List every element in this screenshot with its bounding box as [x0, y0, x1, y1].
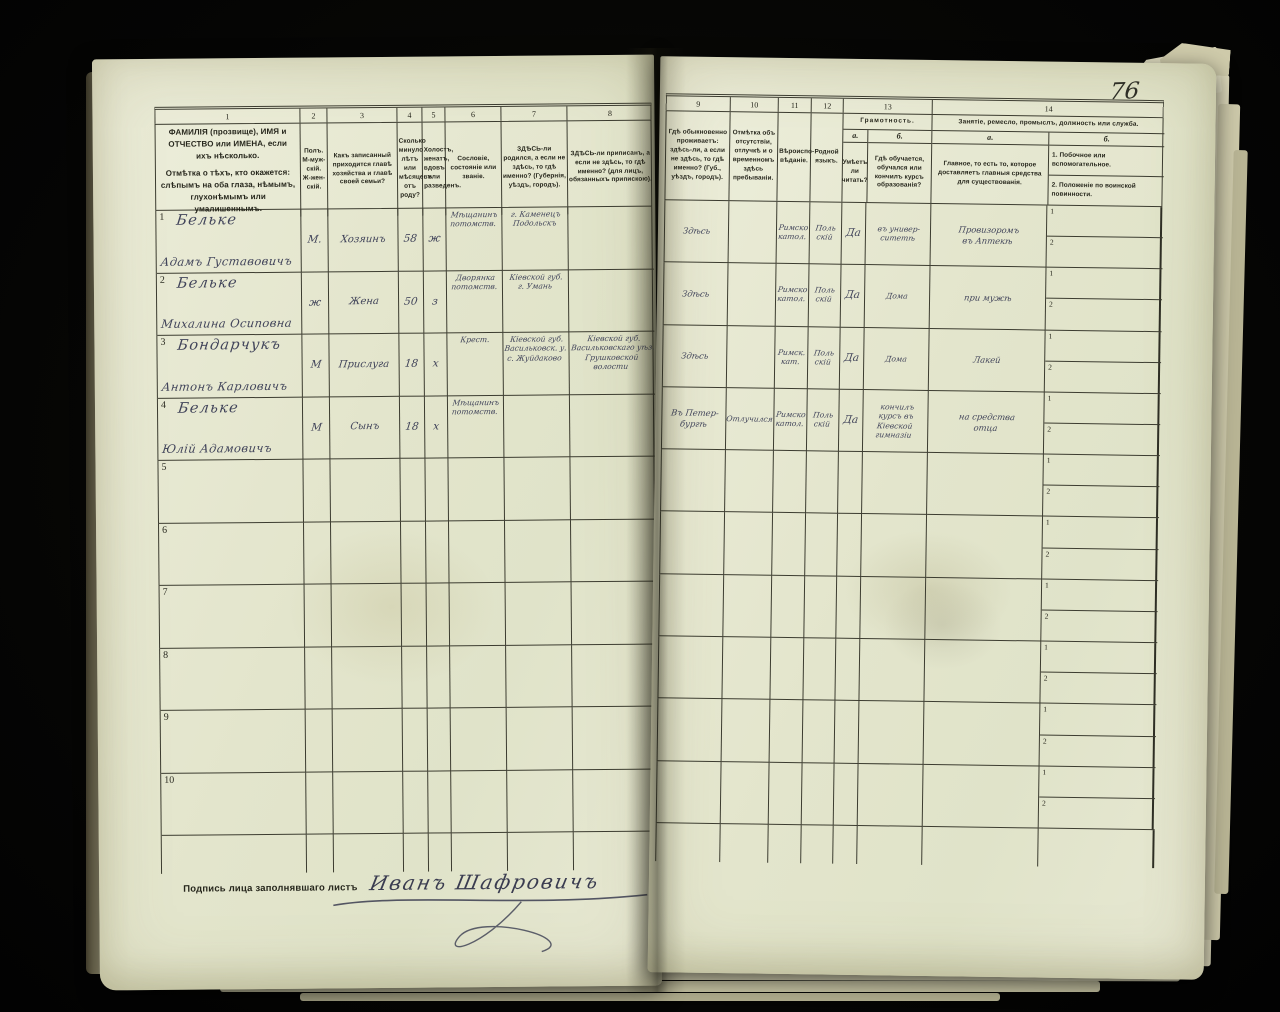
cell-sex: М	[302, 334, 330, 397]
row-number: 9	[164, 712, 169, 723]
column-header-registration: ЗДѢСЬ-ли приписанъ, а если не здѣсь, то …	[568, 121, 654, 215]
occupation-main-header: Главное, то есть то, которое доставляетъ…	[931, 144, 1048, 205]
subrow-2: 2	[1041, 610, 1157, 642]
table-row-8: 8	[159, 644, 657, 711]
cell-sex: ж	[302, 272, 330, 335]
column-line-stub	[334, 834, 404, 873]
cell-residence	[660, 512, 725, 575]
column-number: 12	[812, 98, 844, 112]
cell-age	[403, 709, 429, 772]
subrow-number: 2	[1045, 549, 1049, 558]
subcolumn-letter: б.	[868, 130, 931, 144]
cell-side: 12	[1043, 455, 1160, 519]
cell-marital	[426, 521, 450, 584]
table-row-5: 12	[660, 449, 1159, 518]
subrow-1: 1	[1044, 392, 1160, 425]
subrow-number: 1	[1047, 456, 1051, 465]
cell-main	[924, 640, 1041, 704]
cell-religion	[773, 451, 807, 514]
column-line-stub	[768, 825, 802, 863]
row-number: 2	[160, 274, 165, 285]
cell-birth	[507, 770, 574, 833]
table-row-6: 6	[158, 519, 656, 586]
cell-absence	[728, 263, 777, 326]
subrow-number: 2	[1043, 736, 1047, 745]
cell-value-handwriting: Дома	[885, 354, 908, 364]
cell-read	[835, 701, 860, 764]
page-stack-bottom	[300, 993, 1000, 1001]
cell-value-handwriting: Отлучился	[726, 414, 774, 424]
cell-side: 12	[1044, 392, 1161, 456]
cell-read: Да	[841, 265, 866, 328]
subrow-number: 1	[1049, 269, 1053, 278]
cell-value-handwriting: Да	[843, 351, 860, 364]
literacy-school-header: Гдѣ обучается, обучался или кончилъ курс…	[867, 143, 931, 203]
cell-estate	[449, 520, 506, 583]
subrow-number: 2	[1047, 425, 1051, 434]
cell-age	[402, 584, 428, 647]
column-header-marital: Холостъ, женатъ, вдовъ или разведенъ.	[423, 122, 447, 215]
cell-value-handwriting: Мѣщанинъ потомств.	[451, 397, 500, 416]
surname-handwriting: Бельке	[177, 400, 240, 417]
cell-sex: М	[303, 397, 331, 460]
subrow-number: 2	[1046, 487, 1050, 496]
surname-handwriting: Бондарчукъ	[177, 337, 283, 354]
cell-value-handwriting: Крест.	[460, 335, 490, 345]
cell-estate: Дворянка потомств.	[447, 270, 504, 333]
column-line-stub	[857, 826, 923, 865]
cell-language	[803, 701, 836, 764]
table-body-right: ЗдѣсьРимско катол.Поль скійДавъ универ- …	[656, 200, 1163, 830]
cell-reg	[572, 644, 658, 707]
cell-value-handwriting: 18	[405, 420, 420, 433]
cell-value-handwriting: Поль скій	[813, 286, 836, 305]
cell-absence	[727, 326, 776, 389]
cell-marital: х	[424, 333, 448, 396]
cell-birth: г. Каменецъ Подольскъ	[502, 207, 569, 270]
cell-residence	[658, 636, 723, 699]
column-number: 1	[155, 109, 300, 124]
subrow-1: 1	[1040, 704, 1156, 737]
cell-value-handwriting: Провизоромъ въ Аптекѣ	[957, 224, 1020, 246]
cell-school: въ универ- ситетѣ	[866, 203, 932, 266]
cell-language	[802, 763, 835, 826]
cell-c1: 1БелькеАдамъ Густавовичъ	[156, 210, 302, 274]
cell-value-handwriting: Лакей	[972, 355, 1001, 366]
census-table-left: 1 2 3 4 5 6 7 8 ФАМИЛІЯ (прозвище), ИМЯ …	[154, 103, 658, 874]
cell-age: 50	[399, 271, 425, 334]
table-row-7: 12	[658, 574, 1157, 643]
signature-flourish	[331, 877, 662, 960]
cell-age	[401, 521, 427, 584]
cell-main	[927, 453, 1044, 517]
cell-value-handwriting: х	[432, 420, 439, 433]
column-header-residence: Гдѣ обыкновенно проживаетъ: здѣсь-ли, а …	[665, 111, 730, 200]
column-header-absence: Отмѣтка объ отсутствіи, отлучкѣ и о врем…	[729, 112, 778, 201]
column-line-stub	[801, 825, 834, 863]
column-header-sex: Полъ. М-муж-скій. Ж-жен-скій.	[301, 123, 329, 216]
cell-estate	[450, 583, 507, 646]
cell-birth	[504, 457, 571, 520]
cell-reg: Кіевской губ. Васильковскаго уѣз. Грушко…	[569, 332, 655, 395]
table-row-1: 1БелькеАдамъ ГуставовичъМ.Хозяинъ58жМѣща…	[155, 207, 653, 274]
subrow-number: 1	[1042, 767, 1046, 776]
column-number: 5	[422, 107, 445, 121]
cell-residence	[657, 761, 722, 824]
column-header-age: Сколько минуло лѣтъ или мѣсяцевъ отъ род…	[398, 123, 424, 216]
cell-reg	[570, 394, 656, 457]
column-line-stub	[429, 833, 452, 871]
table-row-8: 12	[657, 636, 1156, 705]
cell-reg	[568, 207, 654, 270]
cell-birth: Кіевской губ. Васильковск. у. с. Жуйдако…	[503, 332, 570, 395]
cell-read: Да	[840, 327, 865, 390]
cell-birth	[504, 395, 571, 458]
cell-c1: 6	[159, 522, 305, 586]
row-number: 4	[161, 399, 166, 410]
row-number: 8	[163, 649, 168, 660]
cell-main: при мужѣ	[930, 266, 1047, 330]
table-row-2: 2БелькеМихалина ОсиповнажЖена50зДворянка…	[156, 269, 654, 336]
cell-religion: Римско катол.	[774, 389, 808, 452]
cell-value-handwriting: г. Каменецъ Подольскъ	[509, 209, 561, 228]
cell-value-handwriting: Дома	[886, 292, 909, 302]
cell-main	[925, 578, 1042, 642]
cell-value-handwriting: Дворянка потомств.	[450, 272, 498, 291]
cell-value-handwriting: Сынъ	[349, 421, 379, 434]
cell-c1: 8	[160, 647, 306, 711]
column-header-birthplace: ЗДѢСЬ-ли родился, а если не здѣсь, то гд…	[502, 121, 569, 215]
cell-value-handwriting: ж	[308, 296, 321, 309]
cell-age: 18	[399, 334, 425, 397]
cell-main	[926, 515, 1043, 579]
subrow-1: 1	[1041, 642, 1157, 675]
military-status-header: 2. Положеніе по воинской повинности.	[1048, 176, 1163, 207]
cell-religion	[770, 638, 804, 701]
cell-absence	[721, 762, 770, 825]
column-line-stub	[833, 826, 858, 864]
subrow-number: 1	[1044, 643, 1048, 652]
cell-value-handwriting: на средства отца	[956, 411, 1015, 433]
table-row-10: 12	[656, 761, 1155, 830]
cell-relation: Жена	[329, 271, 400, 334]
row-number: 1	[159, 212, 164, 223]
cell-absence	[723, 575, 772, 638]
subrow-2: 2	[1040, 735, 1156, 767]
cell-value-handwriting: Кіевской губ. г. Умань	[508, 272, 563, 291]
column-line-stubs	[655, 823, 1153, 868]
subrow-number: 2	[1049, 300, 1053, 309]
given-name-handwriting: Антонъ Карловичъ	[161, 378, 288, 393]
table-body-left: 1БелькеАдамъ ГуставовичъМ.Хозяинъ58жМѣща…	[155, 207, 657, 836]
cell-value-handwriting: Римско катол.	[777, 223, 809, 242]
cell-birth	[505, 520, 572, 583]
cell-c1: 9	[161, 710, 307, 774]
cell-value-handwriting: з	[431, 295, 438, 308]
header-row-left: ФАМИЛІЯ (прозвище), ИМЯ и ОТЧЕСТВО или И…	[155, 120, 653, 211]
cell-side: 12	[1045, 330, 1162, 394]
column-line-stub	[307, 834, 334, 872]
cell-value-handwriting: М.	[307, 234, 323, 247]
cell-read: Да	[842, 203, 867, 266]
cell-value-handwriting: Кіевской губ. Васильковск. у. с. Жуйдако…	[503, 334, 568, 363]
literacy-read-header: Умѣетъ ли читать?	[842, 143, 867, 202]
cell-estate: Мѣщанинъ потомств.	[446, 208, 503, 271]
cell-main: на средства отца	[928, 391, 1045, 455]
subrow-1: 1	[1047, 206, 1163, 239]
column-header-name: ФАМИЛІЯ (прозвище), ИМЯ и ОТЧЕСТВО или И…	[156, 124, 302, 218]
cell-c1: 5	[158, 460, 304, 524]
cell-absence	[724, 513, 773, 576]
cell-relation: Прислуга	[329, 334, 400, 397]
cell-absence	[729, 201, 778, 264]
cell-sex	[304, 522, 332, 585]
cell-age	[402, 646, 428, 709]
cell-estate	[451, 770, 508, 833]
column-header-literacy: Грамотность. а. Умѣетъ ли читать? б. Гдѣ…	[842, 114, 932, 203]
table-row-5: 5	[157, 457, 655, 524]
cell-estate	[448, 458, 505, 521]
given-name-handwriting: Адамъ Густавовичъ	[160, 253, 293, 268]
cell-sex	[306, 709, 334, 772]
subrow-2: 2	[1040, 673, 1156, 705]
cell-side: 12	[1042, 517, 1159, 581]
subrow-number: 1	[1048, 393, 1052, 402]
subrow-number: 1	[1045, 580, 1049, 589]
cell-side: 12	[1039, 766, 1156, 830]
table-row-4: Въ Петер- бургѣОтлучилсяРимско катол.Пол…	[661, 387, 1160, 456]
cell-school	[859, 639, 925, 702]
cell-value-handwriting: х	[432, 358, 439, 371]
cell-read	[838, 452, 863, 515]
cell-reg	[571, 519, 657, 582]
cell-residence	[658, 699, 723, 762]
cell-language	[803, 638, 836, 701]
row-number: 3	[160, 337, 165, 348]
table-row-9: 12	[657, 699, 1156, 768]
cell-reg	[573, 769, 659, 832]
occupation-side-header: 1. Побочное или вспомогательное.	[1049, 146, 1164, 178]
column-number: 9	[667, 96, 731, 111]
cell-age	[400, 459, 426, 522]
cell-value-handwriting: Да	[843, 414, 860, 427]
cell-religion: Римско катол.	[776, 264, 810, 327]
cell-estate: Крест.	[447, 333, 504, 396]
cell-marital	[427, 583, 451, 646]
subrow-2: 2	[1045, 361, 1161, 393]
cell-school	[858, 764, 924, 827]
cell-language	[805, 514, 838, 577]
cell-read	[834, 763, 859, 826]
cell-relation	[331, 521, 402, 584]
literacy-group-title: Грамотность.	[843, 114, 931, 131]
cell-marital	[427, 646, 451, 709]
subrow-1: 1	[1046, 268, 1162, 301]
column-number: 13	[844, 99, 933, 114]
row-number: 6	[162, 524, 167, 535]
column-number: 4	[397, 108, 422, 122]
column-number: 2	[300, 108, 327, 122]
row-number: 7	[163, 587, 168, 598]
cell-marital	[428, 771, 452, 834]
cell-sex	[305, 647, 333, 710]
column-header-occupation: Занятіе, ремесло, промыслъ, должность ил…	[931, 115, 1164, 206]
subrow-1: 1	[1045, 330, 1161, 363]
census-page-left: 1 2 3 4 5 6 7 8 ФАМИЛІЯ (прозвище), ИМЯ …	[92, 55, 662, 991]
cell-religion	[770, 700, 804, 763]
cell-marital: ж	[423, 208, 447, 271]
cell-c1: 3БондарчукъАнтонъ Карловичъ	[157, 335, 303, 399]
cell-value-handwriting: Поль скій	[814, 224, 837, 243]
cell-absence	[722, 699, 771, 762]
subrow-1: 1	[1042, 579, 1158, 612]
cell-value-handwriting: Прислуга	[338, 358, 390, 371]
column-line-stub	[574, 832, 659, 871]
cell-religion: Римско катол.	[777, 202, 811, 265]
cell-read	[836, 576, 861, 639]
cell-value-handwriting: Жена	[348, 296, 379, 309]
cell-value-handwriting: кончилъ курсъ въ Кіевской гимназіи	[863, 402, 929, 441]
cell-sex: М.	[301, 209, 329, 272]
cell-side: 12	[1046, 268, 1163, 332]
cell-side: 12	[1040, 642, 1157, 706]
column-line-stub	[404, 834, 429, 872]
cell-sex	[306, 772, 334, 835]
given-name-handwriting: Юлій Адамовичъ	[162, 441, 273, 456]
cell-residence: Здѣсь	[664, 263, 729, 326]
column-line-stubs	[161, 832, 658, 874]
cell-school	[862, 452, 928, 515]
row-number: 10	[164, 774, 174, 785]
header-text: Отмѣтка о тѣхъ, кто окажется: слѣпымъ на…	[160, 167, 296, 216]
cell-marital	[428, 708, 452, 771]
cell-reg	[569, 269, 655, 332]
column-number: 10	[731, 97, 779, 112]
cell-residence: Въ Петер- бургѣ	[662, 387, 727, 450]
cell-language: Поль скій	[809, 265, 842, 328]
cell-value-handwriting: Кіевской губ. Васильковскаго уѣз. Грушко…	[569, 334, 655, 373]
cell-birth: Кіевской губ. г. Умань	[503, 270, 570, 333]
cell-language: Поль скій	[808, 327, 841, 390]
subrow-number: 2	[1048, 362, 1052, 371]
cell-sex	[303, 459, 331, 522]
column-header-relation: Какъ записанный приходится главѣ хозяйст…	[328, 123, 399, 217]
table-row-10: 10	[160, 769, 658, 836]
cell-value-handwriting: Здѣсь	[680, 350, 709, 361]
cell-age: 18	[400, 396, 426, 459]
cell-value-handwriting: 58	[403, 233, 418, 246]
cell-reg	[573, 707, 659, 770]
subrow-number: 1	[1043, 705, 1047, 714]
cell-side: 12	[1047, 206, 1164, 270]
cell-estate: Мѣщанинъ потомств.	[448, 395, 505, 458]
signature-block: Подпись лица заполнявшаго листъ Иванъ Ша…	[183, 869, 643, 897]
cell-absence: Отлучился	[726, 388, 775, 451]
cell-residence	[659, 574, 724, 637]
cell-value-handwriting: Римско катол.	[774, 410, 806, 429]
cell-value-handwriting: 50	[404, 295, 419, 308]
header-row-right: Гдѣ обыкновенно проживаетъ: здѣсь-ли, а …	[664, 110, 1163, 207]
cell-language: Поль скій	[807, 389, 840, 452]
cell-language	[806, 451, 839, 514]
cell-relation: Сынъ	[330, 396, 401, 459]
cell-value-handwriting: Здѣсь	[681, 288, 710, 299]
column-number: 8	[567, 106, 652, 121]
table-row-9: 9	[160, 707, 658, 774]
cell-value-handwriting: при мужѣ	[963, 292, 1012, 303]
cell-religion	[771, 576, 805, 639]
cell-value-handwriting: М	[309, 359, 321, 372]
cell-estate	[450, 645, 507, 708]
cell-value-handwriting: Поль скій	[812, 348, 835, 367]
cell-marital: х	[425, 396, 449, 459]
cell-c1: 10	[161, 772, 307, 836]
cell-relation	[333, 709, 404, 772]
subrow-2: 2	[1044, 424, 1160, 456]
column-number: 3	[327, 108, 397, 123]
subrow-1: 1	[1043, 455, 1159, 488]
cell-value-handwriting: Римск. кат.	[776, 348, 806, 367]
cell-language: Поль скій	[810, 202, 843, 265]
surname-handwriting: Бельке	[175, 212, 238, 229]
cell-main: Лакей	[929, 329, 1046, 393]
cell-school: Дома	[864, 328, 930, 391]
cell-value-handwriting: Поль скій	[811, 410, 834, 429]
subrow-number: 2	[1045, 612, 1049, 621]
cell-residence: Здѣсь	[663, 325, 728, 388]
header-text: ФАМИЛІЯ (прозвище), ИМЯ и ОТЧЕСТВО или И…	[160, 126, 296, 163]
cell-value-handwriting: 18	[404, 358, 419, 371]
cell-estate	[451, 708, 508, 771]
cell-main	[923, 765, 1040, 829]
table-row-3: ЗдѣсьРимск. кат.Поль скійДаДомаЛакей12	[662, 325, 1161, 394]
table-row-4: 4БелькеЮлій АдамовичъМСынъ18хМѣщанинъ по…	[157, 394, 655, 461]
cell-value-handwriting: Да	[844, 289, 861, 302]
column-line-stub	[162, 835, 307, 874]
cell-side: 12	[1040, 704, 1157, 768]
cell-school	[860, 577, 926, 640]
subrow-2: 2	[1039, 797, 1155, 829]
subrow-2: 2	[1042, 548, 1158, 580]
subrow-2: 2	[1046, 299, 1162, 331]
cell-c1: 4БелькеЮлій Адамовичъ	[158, 397, 304, 461]
cell-value-handwriting: въ универ- ситетѣ	[875, 224, 920, 244]
cell-value-handwriting: Да	[845, 227, 862, 240]
subrow-number: 2	[1050, 238, 1054, 247]
cell-read: Да	[839, 390, 864, 453]
cell-religion	[769, 762, 803, 825]
cell-school	[859, 701, 925, 764]
subrow-number: 2	[1042, 798, 1046, 807]
column-number: 7	[501, 106, 567, 121]
column-line-stub	[1038, 828, 1155, 868]
census-table-right: 9 10 11 12 13 14 Гдѣ обыкновенно прожива…	[655, 93, 1164, 868]
cell-school: Дома	[865, 265, 931, 328]
column-line-stub	[452, 833, 508, 871]
cell-side: 12	[1041, 579, 1158, 643]
cell-read	[835, 639, 860, 702]
table-row-2: ЗдѣсьРимско катол.Поль скійДаДомапри муж…	[663, 263, 1162, 332]
column-header-language: Родной языкъ.	[810, 113, 843, 201]
cell-reg	[570, 457, 656, 520]
cell-reg	[572, 582, 658, 645]
cell-relation	[332, 646, 403, 709]
subrow-2: 2	[1047, 237, 1163, 269]
column-header-estate: Сословіе, состояніе или званіе.	[446, 122, 503, 215]
cell-value-handwriting: Хозяинъ	[340, 233, 386, 246]
column-header-religion: Вѣроиспо-вѣданіе.	[777, 113, 811, 201]
cell-main	[924, 702, 1041, 766]
